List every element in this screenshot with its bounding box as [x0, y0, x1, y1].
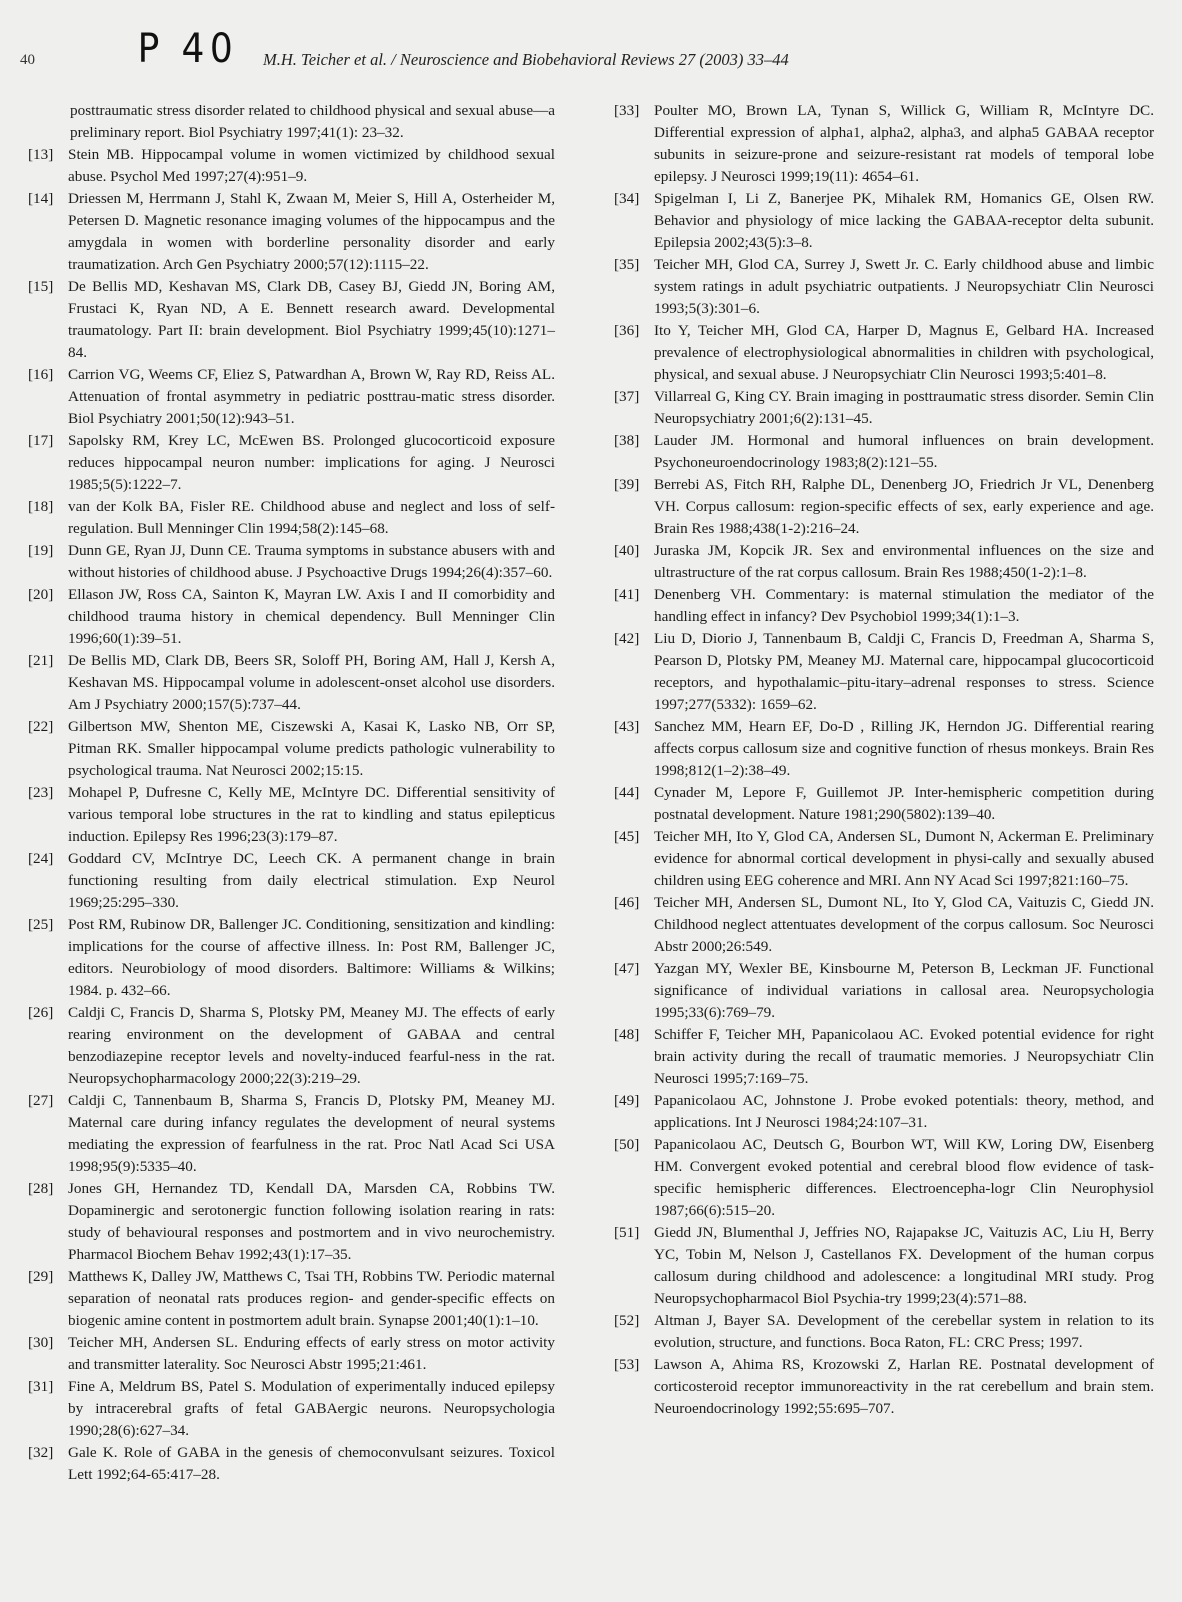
reference-item: [52]Altman J, Bayer SA. Development of t…: [614, 1310, 1154, 1354]
reference-number: [23]: [28, 782, 68, 848]
reference-number: [29]: [28, 1266, 68, 1332]
reference-item: [47]Yazgan MY, Wexler BE, Kinsbourne M, …: [614, 958, 1154, 1024]
reference-item: [45]Teicher MH, Ito Y, Glod CA, Andersen…: [614, 826, 1154, 892]
reference-number: [48]: [614, 1024, 654, 1090]
running-head: M.H. Teicher et al. / Neuroscience and B…: [263, 50, 789, 70]
reference-number: [31]: [28, 1376, 68, 1442]
reference-item: [37]Villarreal G, King CY. Brain imaging…: [614, 386, 1154, 430]
reference-number: [39]: [614, 474, 654, 540]
reference-number: [46]: [614, 892, 654, 958]
reference-continuation: posttraumatic stress disorder related to…: [70, 100, 555, 144]
reference-number: [20]: [28, 584, 68, 650]
reference-item: [39]Berrebi AS, Fitch RH, Ralphe DL, Den…: [614, 474, 1154, 540]
reference-text: Villarreal G, King CY. Brain imaging in …: [654, 386, 1154, 430]
reference-number: [25]: [28, 914, 68, 1002]
reference-item: [23]Mohapel P, Dufresne C, Kelly ME, McI…: [28, 782, 555, 848]
reference-text: Goddard CV, McIntrye DC, Leech CK. A per…: [68, 848, 555, 914]
reference-number: [22]: [28, 716, 68, 782]
reference-number: [34]: [614, 188, 654, 254]
reference-number: [44]: [614, 782, 654, 826]
reference-text: Yazgan MY, Wexler BE, Kinsbourne M, Pete…: [654, 958, 1154, 1024]
reference-number: [45]: [614, 826, 654, 892]
reference-text: Caldji C, Francis D, Sharma S, Plotsky P…: [68, 1002, 555, 1090]
reference-number: [38]: [614, 430, 654, 474]
reference-item: [34]Spigelman I, Li Z, Banerjee PK, Miha…: [614, 188, 1154, 254]
reference-item: [24]Goddard CV, McIntrye DC, Leech CK. A…: [28, 848, 555, 914]
reference-text: Teicher MH, Andersen SL, Dumont NL, Ito …: [654, 892, 1154, 958]
reference-number: [28]: [28, 1178, 68, 1266]
reference-item: [31]Fine A, Meldrum BS, Patel S. Modulat…: [28, 1376, 555, 1442]
page-number: 40: [20, 52, 35, 69]
reference-number: [35]: [614, 254, 654, 320]
reference-number: [52]: [614, 1310, 654, 1354]
reference-item: [29]Matthews K, Dalley JW, Matthews C, T…: [28, 1266, 555, 1332]
reference-item: [25]Post RM, Rubinow DR, Ballenger JC. C…: [28, 914, 555, 1002]
reference-text: Papanicolaou AC, Deutsch G, Bourbon WT, …: [654, 1134, 1154, 1222]
reference-item: [16]Carrion VG, Weems CF, Eliez S, Patwa…: [28, 364, 555, 430]
reference-text: Post RM, Rubinow DR, Ballenger JC. Condi…: [68, 914, 555, 1002]
reference-item: [20]Ellason JW, Ross CA, Sainton K, Mayr…: [28, 584, 555, 650]
reference-text: Teicher MH, Andersen SL. Enduring effect…: [68, 1332, 555, 1376]
reference-item: [18]van der Kolk BA, Fisler RE. Childhoo…: [28, 496, 555, 540]
reference-text: Carrion VG, Weems CF, Eliez S, Patwardha…: [68, 364, 555, 430]
reference-text: Gilbertson MW, Shenton ME, Ciszewski A, …: [68, 716, 555, 782]
reference-text: Cynader M, Lepore F, Guillemot JP. Inter…: [654, 782, 1154, 826]
reference-text: Lawson A, Ahima RS, Krozowski Z, Harlan …: [654, 1354, 1154, 1420]
reference-item: [49]Papanicolaou AC, Johnstone J. Probe …: [614, 1090, 1154, 1134]
reference-number: [49]: [614, 1090, 654, 1134]
reference-number: [41]: [614, 584, 654, 628]
reference-text: Lauder JM. Hormonal and humoral influenc…: [654, 430, 1154, 474]
reference-text: Denenberg VH. Commentary: is maternal st…: [654, 584, 1154, 628]
reference-text: Sanchez MM, Hearn EF, Do-D , Rilling JK,…: [654, 716, 1154, 782]
reference-text: Altman J, Bayer SA. Development of the c…: [654, 1310, 1154, 1354]
reference-number: [37]: [614, 386, 654, 430]
reference-item: [43]Sanchez MM, Hearn EF, Do-D , Rilling…: [614, 716, 1154, 782]
reference-number: [42]: [614, 628, 654, 716]
reference-item: [15]De Bellis MD, Keshavan MS, Clark DB,…: [28, 276, 555, 364]
reference-text: Caldji C, Tannenbaum B, Sharma S, Franci…: [68, 1090, 555, 1178]
reference-item: [19]Dunn GE, Ryan JJ, Dunn CE. Trauma sy…: [28, 540, 555, 584]
reference-number: [26]: [28, 1002, 68, 1090]
reference-item: [26]Caldji C, Francis D, Sharma S, Plots…: [28, 1002, 555, 1090]
reference-item: [27]Caldji C, Tannenbaum B, Sharma S, Fr…: [28, 1090, 555, 1178]
reference-item: [36]Ito Y, Teicher MH, Glod CA, Harper D…: [614, 320, 1154, 386]
reference-item: [21]De Bellis MD, Clark DB, Beers SR, So…: [28, 650, 555, 716]
reference-text: Dunn GE, Ryan JJ, Dunn CE. Trauma sympto…: [68, 540, 555, 584]
reference-number: [27]: [28, 1090, 68, 1178]
reference-item: [44]Cynader M, Lepore F, Guillemot JP. I…: [614, 782, 1154, 826]
reference-item: [40]Juraska JM, Kopcik JR. Sex and envir…: [614, 540, 1154, 584]
reference-item: [33]Poulter MO, Brown LA, Tynan S, Willi…: [614, 100, 1154, 188]
reference-number: [30]: [28, 1332, 68, 1376]
reference-number: [24]: [28, 848, 68, 914]
reference-text: Matthews K, Dalley JW, Matthews C, Tsai …: [68, 1266, 555, 1332]
reference-item: [32]Gale K. Role of GABA in the genesis …: [28, 1442, 555, 1486]
reference-item: [46]Teicher MH, Andersen SL, Dumont NL, …: [614, 892, 1154, 958]
reference-text: Driessen M, Herrmann J, Stahl K, Zwaan M…: [68, 188, 555, 276]
reference-number: [19]: [28, 540, 68, 584]
reference-list-left: [13]Stein MB. Hippocampal volume in wome…: [28, 144, 555, 1486]
reference-item: [17]Sapolsky RM, Krey LC, McEwen BS. Pro…: [28, 430, 555, 496]
reference-text: De Bellis MD, Keshavan MS, Clark DB, Cas…: [68, 276, 555, 364]
reference-text: Ellason JW, Ross CA, Sainton K, Mayran L…: [68, 584, 555, 650]
reference-item: [38]Lauder JM. Hormonal and humoral infl…: [614, 430, 1154, 474]
reference-text: Juraska JM, Kopcik JR. Sex and environme…: [654, 540, 1154, 584]
reference-text: Jones GH, Hernandez TD, Kendall DA, Mars…: [68, 1178, 555, 1266]
reference-item: [35]Teicher MH, Glod CA, Surrey J, Swett…: [614, 254, 1154, 320]
reference-number: [50]: [614, 1134, 654, 1222]
reference-item: [50]Papanicolaou AC, Deutsch G, Bourbon …: [614, 1134, 1154, 1222]
reference-number: [43]: [614, 716, 654, 782]
reference-item: [51]Giedd JN, Blumenthal J, Jeffries NO,…: [614, 1222, 1154, 1310]
reference-text: Sapolsky RM, Krey LC, McEwen BS. Prolong…: [68, 430, 555, 496]
reference-item: [30]Teicher MH, Andersen SL. Enduring ef…: [28, 1332, 555, 1376]
references-left-column: posttraumatic stress disorder related to…: [28, 100, 555, 1486]
reference-number: [53]: [614, 1354, 654, 1420]
handwritten-page-note: P 40: [138, 26, 239, 72]
reference-text: Papanicolaou AC, Johnstone J. Probe evok…: [654, 1090, 1154, 1134]
reference-number: [14]: [28, 188, 68, 276]
reference-number: [32]: [28, 1442, 68, 1486]
reference-number: [47]: [614, 958, 654, 1024]
reference-text: Poulter MO, Brown LA, Tynan S, Willick G…: [654, 100, 1154, 188]
reference-text: Liu D, Diorio J, Tannenbaum B, Caldji C,…: [654, 628, 1154, 716]
reference-text: Teicher MH, Glod CA, Surrey J, Swett Jr.…: [654, 254, 1154, 320]
reference-item: [13]Stein MB. Hippocampal volume in wome…: [28, 144, 555, 188]
reference-item: [53]Lawson A, Ahima RS, Krozowski Z, Har…: [614, 1354, 1154, 1420]
reference-text: Berrebi AS, Fitch RH, Ralphe DL, Denenbe…: [654, 474, 1154, 540]
reference-item: [42]Liu D, Diorio J, Tannenbaum B, Caldj…: [614, 628, 1154, 716]
reference-number: [13]: [28, 144, 68, 188]
reference-text: Gale K. Role of GABA in the genesis of c…: [68, 1442, 555, 1486]
reference-text: Schiffer F, Teicher MH, Papanicolaou AC.…: [654, 1024, 1154, 1090]
reference-number: [17]: [28, 430, 68, 496]
reference-number: [40]: [614, 540, 654, 584]
reference-number: [36]: [614, 320, 654, 386]
reference-text: Giedd JN, Blumenthal J, Jeffries NO, Raj…: [654, 1222, 1154, 1310]
reference-text: Stein MB. Hippocampal volume in women vi…: [68, 144, 555, 188]
reference-text: Spigelman I, Li Z, Banerjee PK, Mihalek …: [654, 188, 1154, 254]
reference-text: Ito Y, Teicher MH, Glod CA, Harper D, Ma…: [654, 320, 1154, 386]
reference-item: [48]Schiffer F, Teicher MH, Papanicolaou…: [614, 1024, 1154, 1090]
reference-text: van der Kolk BA, Fisler RE. Childhood ab…: [68, 496, 555, 540]
reference-item: [22]Gilbertson MW, Shenton ME, Ciszewski…: [28, 716, 555, 782]
reference-number: [21]: [28, 650, 68, 716]
reference-number: [51]: [614, 1222, 654, 1310]
reference-number: [16]: [28, 364, 68, 430]
references-right-column: [33]Poulter MO, Brown LA, Tynan S, Willi…: [614, 100, 1154, 1420]
reference-number: [15]: [28, 276, 68, 364]
reference-number: [33]: [614, 100, 654, 188]
reference-item: [28]Jones GH, Hernandez TD, Kendall DA, …: [28, 1178, 555, 1266]
reference-list-right: [33]Poulter MO, Brown LA, Tynan S, Willi…: [614, 100, 1154, 1420]
reference-text: Fine A, Meldrum BS, Patel S. Modulation …: [68, 1376, 555, 1442]
reference-text: Mohapel P, Dufresne C, Kelly ME, McIntyr…: [68, 782, 555, 848]
reference-text: Teicher MH, Ito Y, Glod CA, Andersen SL,…: [654, 826, 1154, 892]
reference-item: [41]Denenberg VH. Commentary: is materna…: [614, 584, 1154, 628]
reference-text: De Bellis MD, Clark DB, Beers SR, Soloff…: [68, 650, 555, 716]
reference-item: [14]Driessen M, Herrmann J, Stahl K, Zwa…: [28, 188, 555, 276]
reference-number: [18]: [28, 496, 68, 540]
